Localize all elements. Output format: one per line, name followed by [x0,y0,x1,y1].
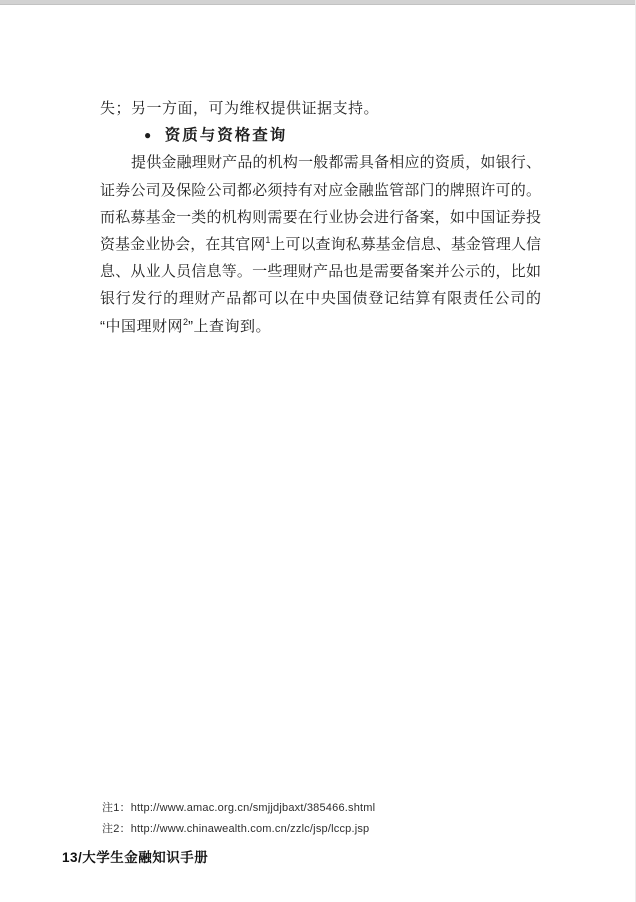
section-title: 资质与资格查询 [165,127,288,144]
paragraph-text: 资基金业协会，在其官网 [100,236,265,253]
document-page: 失；另一方面，可为维权提供证据支持。 ●资质与资格查询 提供金融理财产品的机构一… [0,0,636,902]
body-text-block: 失；另一方面，可为维权提供证据支持。 ●资质与资格查询 提供金融理财产品的机构一… [100,95,541,340]
section-heading: ●资质与资格查询 [100,122,541,149]
paragraph-text: 上可以查询私募基金信息、基金管理人信 [270,236,541,253]
paragraph-line: 失；另一方面，可为维权提供证据支持。 [100,95,541,122]
footnote-url: http://www.chinawealth.com.cn/zzlc/jsp/l… [131,823,370,835]
footnotes: 注1：http://www.amac.org.cn/smjjdjbaxt/385… [102,798,375,839]
bullet-icon: ● [144,122,152,149]
paragraph-line: “中国理财网2”上查询到。 [100,313,541,340]
page-number: 13 [62,850,78,865]
paragraph-line: 资基金业协会，在其官网1上可以查询私募基金信息、基金管理人信 [100,231,541,258]
handbook-title: 大学生金融知识手册 [82,850,208,865]
footnote: 注2：http://www.chinawealth.com.cn/zzlc/js… [102,819,375,840]
paragraph-line: 而私募基金一类的机构则需要在行业协会进行备案，如中国证券投 [100,204,541,231]
paragraph-text: “中国理财网 [100,318,183,335]
paragraph-line: 提供金融理财产品的机构一般都需具备相应的资质，如银行、 [100,149,541,176]
paragraph-line: 银行发行的理财产品都可以在中央国债登记结算有限责任公司的 [100,285,541,312]
footnote-label: 注1： [102,802,131,814]
footnote-url: http://www.amac.org.cn/smjjdjbaxt/385466… [131,802,376,814]
paragraph-line: 息、从业人员信息等。一些理财产品也是需要备案并公示的，比如 [100,258,541,285]
paragraph-line: 证券公司及保险公司都必须持有对应金融监管部门的牌照许可的。 [100,177,541,204]
page-footer: 13/大学生金融知识手册 [62,849,208,867]
paragraph-text: ”上查询到。 [188,318,271,335]
footnote-label: 注2： [102,823,131,835]
page-top-edge [0,0,635,5]
footnote: 注1：http://www.amac.org.cn/smjjdjbaxt/385… [102,798,375,819]
